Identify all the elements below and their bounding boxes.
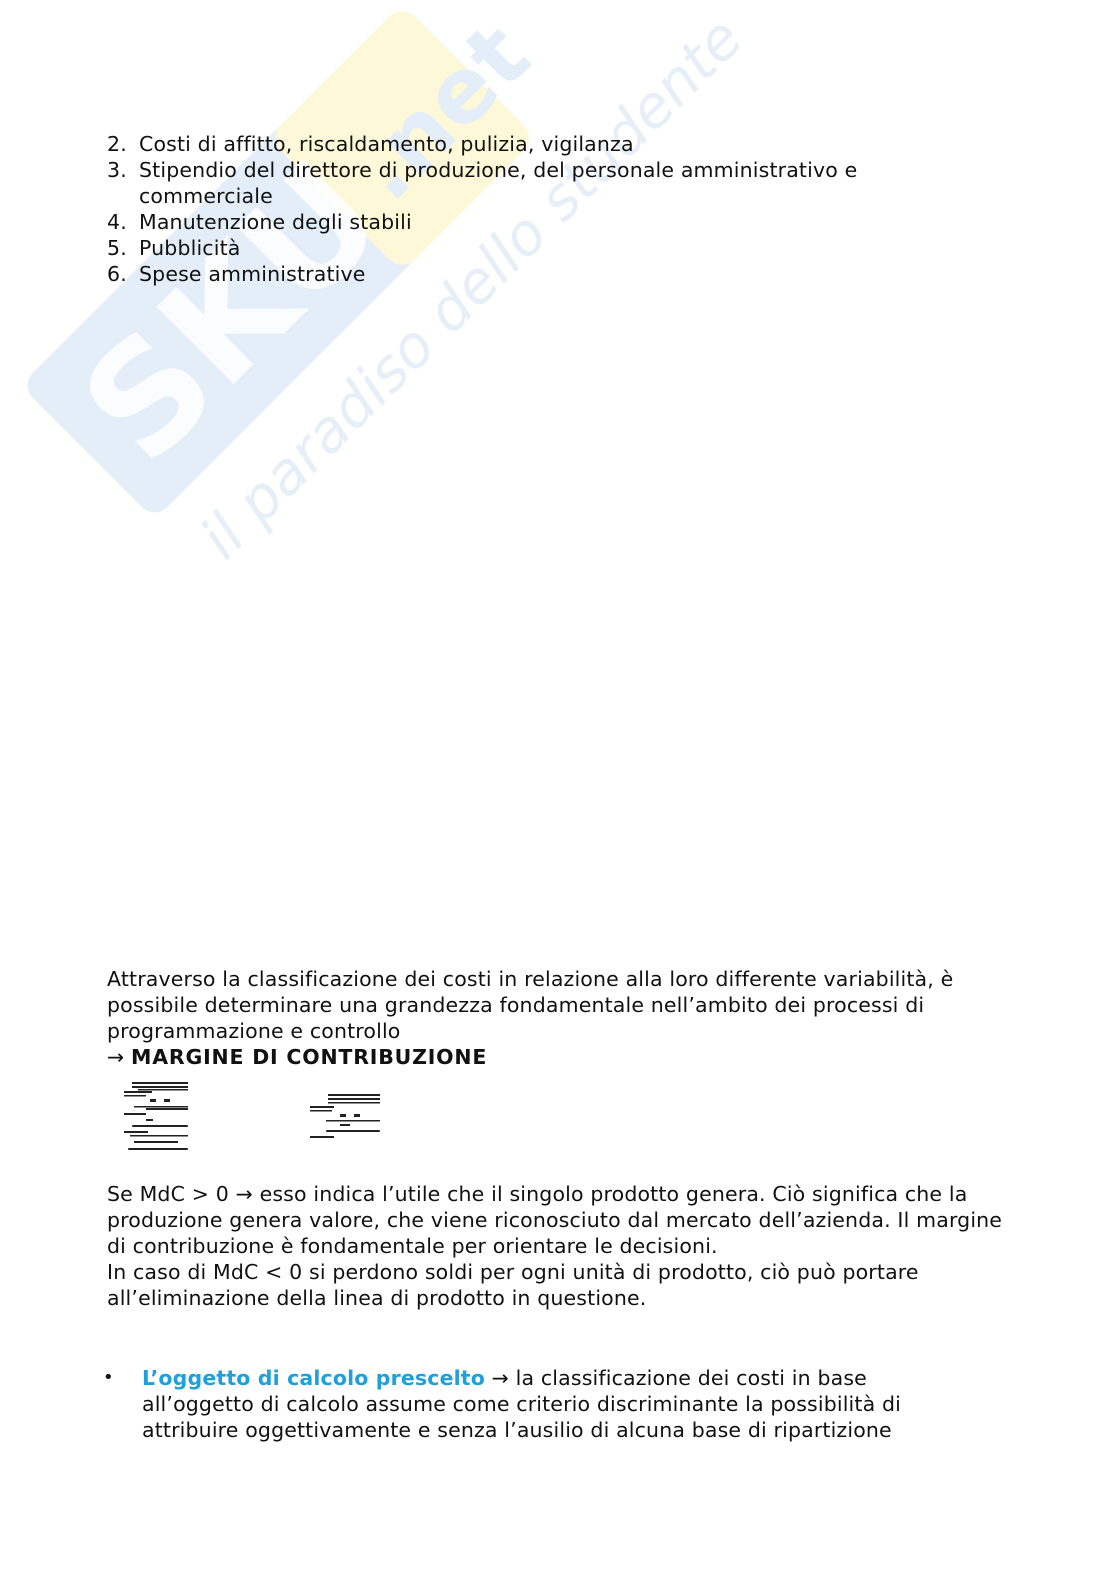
list-text: Pubblicità — [139, 235, 947, 261]
cost-items-list: 2. Costi di affitto, riscaldamento, puli… — [107, 131, 947, 287]
list-text: Manutenzione degli stabili — [139, 209, 947, 235]
list-text: Spese amministrative — [139, 261, 947, 287]
formula-image-2 — [310, 1092, 382, 1142]
heading-text: MARGINE DI CONTRIBUZIONE — [131, 1045, 487, 1069]
list-number: 5. — [107, 235, 139, 261]
list-item: • L’oggetto di calcolo prescelto → la cl… — [100, 1365, 980, 1443]
list-number: 2. — [107, 131, 139, 157]
arrow-right-icon: → — [492, 1366, 509, 1390]
intro-paragraph: Attraverso la classificazione dei costi … — [107, 966, 1007, 1044]
criteria-bullet-list: • L’oggetto di calcolo prescelto → la cl… — [100, 1365, 980, 1443]
document-page: 2. Costi di affitto, riscaldamento, puli… — [0, 0, 1116, 1579]
bullet-body: L’oggetto di calcolo prescelto → la clas… — [142, 1365, 980, 1443]
section-heading: → MARGINE DI CONTRIBUZIONE — [107, 1044, 487, 1070]
arrow-right-icon: → — [107, 1045, 124, 1069]
mdc-negative-text: In caso di MdC < 0 si perdono soldi per … — [107, 1259, 1007, 1311]
list-item: 5. Pubblicità — [107, 235, 947, 261]
list-text: Costi di affitto, riscaldamento, pulizia… — [139, 131, 947, 157]
list-item: 4. Manutenzione degli stabili — [107, 209, 947, 235]
mdc-explanation: Se MdC > 0 → esso indica l’utile che il … — [107, 1181, 1007, 1311]
list-number: 4. — [107, 209, 139, 235]
list-text: Stipendio del direttore di produzione, d… — [139, 157, 947, 209]
list-item: 2. Costi di affitto, riscaldamento, puli… — [107, 131, 947, 157]
list-item: 3. Stipendio del direttore di produzione… — [107, 157, 947, 209]
list-number: 6. — [107, 261, 139, 287]
bullet-icon: • — [100, 1365, 142, 1443]
mdc-positive-text: Se MdC > 0 → esso indica l’utile che il … — [107, 1181, 1007, 1259]
bullet-term: L’oggetto di calcolo prescelto — [142, 1366, 485, 1390]
list-number: 3. — [107, 157, 139, 209]
list-item: 6. Spese amministrative — [107, 261, 947, 287]
formula-image-1 — [124, 1080, 196, 1154]
